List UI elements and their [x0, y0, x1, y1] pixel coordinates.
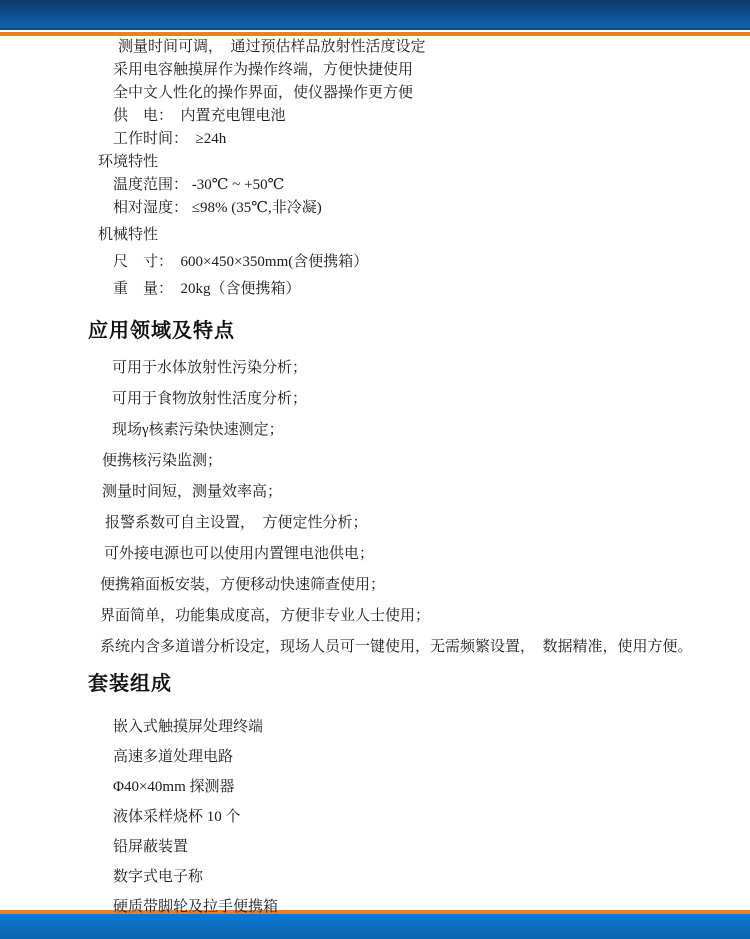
application-item-power: 可外接电源也可以使用内置锂电池供电； — [104, 545, 750, 563]
kit-item-circuit: 高速多道处理电路 — [113, 748, 750, 766]
spec-line-dimensions: 尺 寸： 600×450×350mm(含便携箱） — [113, 251, 750, 274]
section-heading-kit: 套装组成 — [88, 672, 750, 696]
application-item-gamma: 现场γ核素污染快速测定； — [112, 421, 750, 439]
application-item-panel: 便携箱面板安装，方便移动快速筛查使用； — [100, 576, 750, 594]
application-item-water: 可用于水体放射性污染分析； — [112, 359, 750, 377]
spec-line-touchscreen: 采用电容触摸屏作为操作终端，方便快捷使用 — [113, 59, 750, 82]
application-item-fast: 测量时间短，测量效率高； — [102, 483, 750, 501]
document-page: { "colors":{ "top-blue-1":"#0a3a6e", "to… — [0, 0, 750, 939]
spec-line-weight: 重 量： 20kg（含便携箱） — [113, 278, 750, 301]
kit-item-shielding: 铅屏蔽装置 — [113, 838, 750, 856]
spec-group-mechanical: 机械特性 — [98, 224, 750, 247]
kit-list: 嵌入式触摸屏处理终端 高速多道处理电路 Φ40×40mm 探测器 液体采样烧杯 … — [0, 718, 750, 916]
kit-item-beakers: 液体采样烧杯 10 个 — [113, 808, 750, 826]
application-item-portable: 便携核污染监测； — [102, 452, 750, 470]
application-item-alarm: 报警系数可自主设置， 方便定性分析； — [105, 514, 750, 532]
spec-line-chinese-ui: 全中文人性化的操作界面，使仪器操作更方便 — [113, 82, 750, 105]
application-item-food: 可用于食物放射性活度分析； — [112, 390, 750, 408]
spec-line-temperature: 温度范围： -30℃ ~ +50℃ — [113, 174, 750, 197]
kit-item-case: 硬质带脚轮及拉手便携箱 — [113, 898, 750, 916]
spec-line-work-time: 工作时间： ≥24h — [113, 128, 750, 151]
top-banner-band — [0, 0, 750, 30]
spec-line-humidity: 相对湿度： ≤98% (35℃,非冷凝) — [113, 197, 750, 220]
applications-list: 可用于水体放射性污染分析； 可用于食物放射性活度分析； 现场γ核素污染快速测定；… — [0, 359, 750, 656]
application-item-mca: 系统内含多道谱分析设定，现场人员可一键使用，无需频繁设置， 数据精准，使用方便。 — [100, 638, 750, 656]
kit-item-scale: 数字式电子称 — [113, 868, 750, 886]
kit-item-detector: Φ40×40mm 探测器 — [113, 778, 750, 796]
bottom-banner-band — [0, 914, 750, 939]
spec-section: 测量时间可调， 通过预估样品放射性活度设定 采用电容触摸屏作为操作终端，方便快捷… — [0, 36, 750, 301]
application-item-simple-ui: 界面简单，功能集成度高，方便非专业人士使用； — [100, 607, 750, 625]
kit-item-terminal: 嵌入式触摸屏处理终端 — [113, 718, 750, 736]
spec-group-environment: 环境特性 — [98, 151, 750, 174]
spec-line-power: 供 电： 内置充电锂电池 — [113, 105, 750, 128]
section-heading-applications: 应用领域及特点 — [88, 319, 750, 343]
spec-line-measure-time: 测量时间可调， 通过预估样品放射性活度设定 — [118, 36, 750, 59]
page-content: 测量时间可调， 通过预估样品放射性活度设定 采用电容触摸屏作为操作终端，方便快捷… — [0, 36, 750, 916]
